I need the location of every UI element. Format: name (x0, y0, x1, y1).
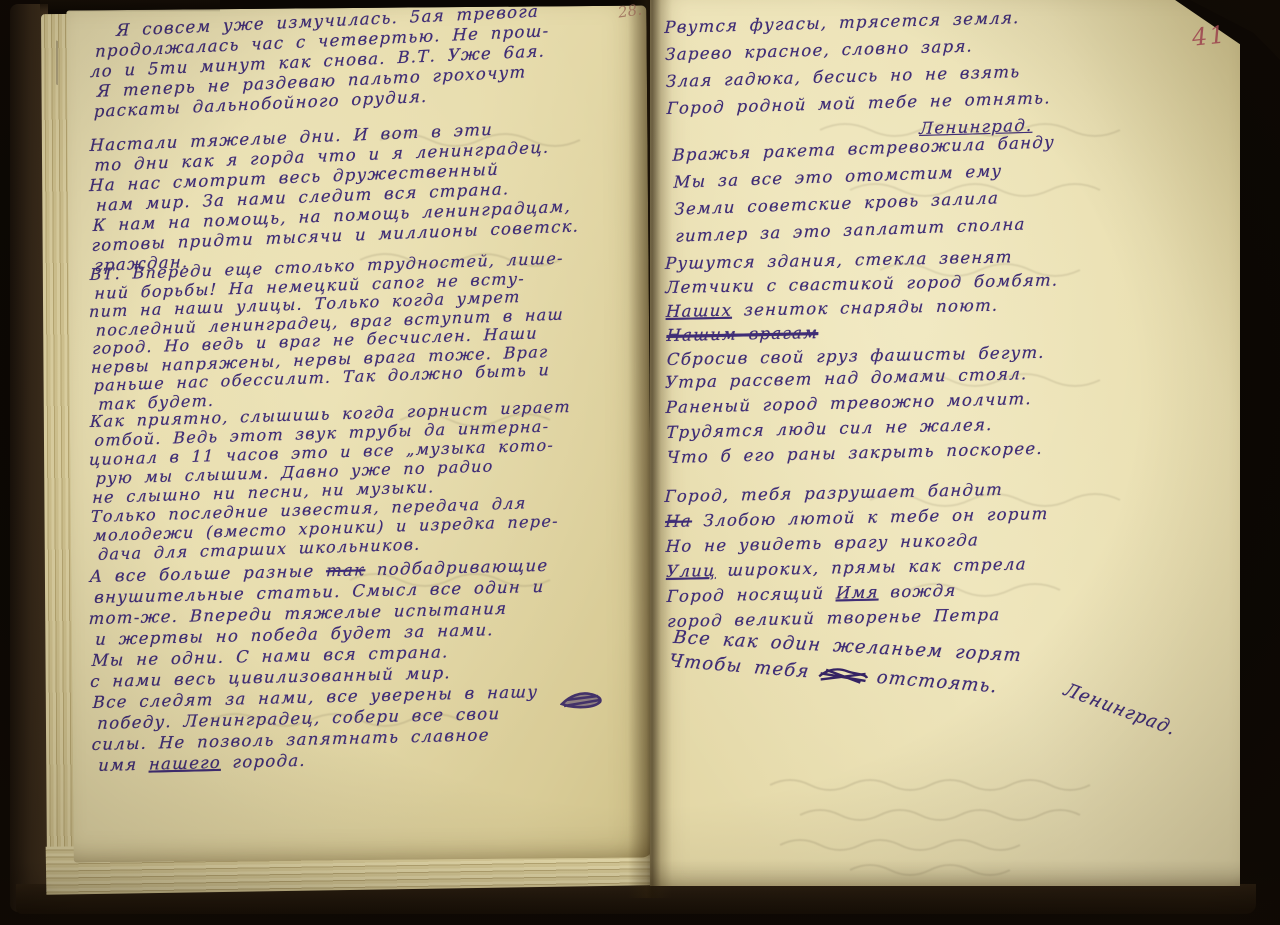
bleedthrough-squiggle (120, 120, 620, 760)
bleedthrough-squiggle (760, 770, 1180, 880)
notebook-photo: 28. 41 Я совсем уже измучилась. 5ая трев… (0, 0, 1280, 925)
photo-edge-top (40, 0, 220, 12)
bleedthrough-squiggle (700, 120, 1180, 680)
diary-paragraph-1: Я совсем уже измучилась. 5ая тревога про… (90, 0, 646, 122)
strikethrough-word: На (665, 511, 693, 531)
